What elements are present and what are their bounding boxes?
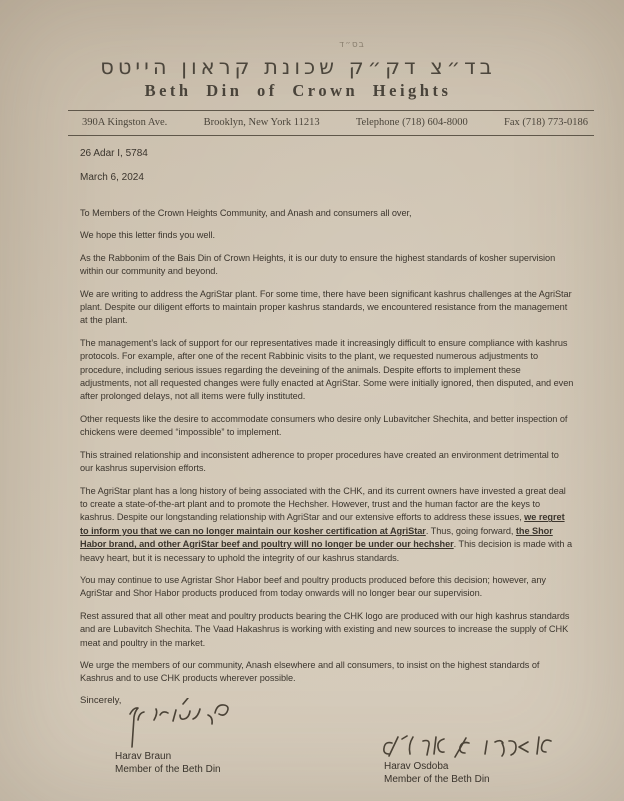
text-run: Rest assured that all other meat and pou… (80, 611, 569, 648)
text-run: This strained relationship and inconsist… (80, 450, 559, 473)
letterhead-contact-bar: 390A Kingston Ave. Brooklyn, New York 11… (68, 110, 594, 136)
paragraph: We urge the members of our community, An… (80, 659, 574, 686)
civil-date: March 6, 2024 (80, 172, 572, 183)
signature-block-braun: Harav Braun Member of the Beth Din (92, 706, 232, 787)
signer-name-osdoba: Harav Osdoba (384, 760, 568, 774)
text-run: Other requests like the desire to accomm… (80, 414, 567, 437)
text-run: We are writing to address the AgriStar p… (80, 289, 572, 326)
hebrew-date: 26 Adar I, 5784 (80, 148, 572, 159)
bsd-hebrew-mark: בס״ד (40, 0, 624, 50)
letterhead-telephone: Telephone (718) 604-8000 (356, 117, 468, 128)
paragraph: This strained relationship and inconsist… (80, 449, 574, 476)
letter-page: בס״ד בד״צ דק״ק שכונת קראון הייטס Beth Di… (0, 0, 624, 801)
letterhead-fax: Fax (718) 773-0186 (504, 117, 588, 128)
signer-name-braun: Harav Braun (115, 750, 232, 764)
paragraph: Rest assured that all other meat and pou… (80, 610, 574, 650)
text-run: You may continue to use Agristar Shor Ha… (80, 575, 546, 598)
text-run: As the Rabbonim of the Bais Din of Crown… (80, 253, 555, 276)
text-run: The AgriStar plant has a long history of… (80, 486, 566, 523)
letterhead-title-english: Beth Din of Crown Heights (0, 81, 610, 101)
text-run: . Thus, going forward, (426, 526, 516, 536)
paragraph: We hope this letter finds you well. (80, 229, 574, 242)
harav-osdoba-signature-icon (368, 734, 554, 760)
paragraph: Other requests like the desire to accomm… (80, 413, 574, 440)
letter-body: To Members of the Crown Heights Communit… (80, 207, 574, 686)
paragraph: The AgriStar plant has a long history of… (80, 485, 574, 565)
signature-block-osdoba: Harav Osdoba Member of the Beth Din (368, 712, 568, 787)
signer-title-braun: Member of the Beth Din (115, 763, 232, 777)
text-run: The management’s lack of support for our… (80, 338, 573, 402)
paragraph: You may continue to use Agristar Shor Ha… (80, 574, 574, 601)
letterhead-city: Brooklyn, New York 11213 (204, 117, 320, 128)
paragraph: We are writing to address the AgriStar p… (80, 288, 574, 328)
text-run: We hope this letter finds you well. (80, 230, 215, 240)
letterhead-address: 390A Kingston Ave. (82, 117, 167, 128)
paragraph: To Members of the Crown Heights Communit… (80, 207, 574, 220)
signer-title-osdoba: Member of the Beth Din (384, 773, 568, 787)
harav-braun-signature-icon (120, 698, 232, 750)
letterhead-title-hebrew: בד״צ דק״ק שכונת קראון הייטס (0, 55, 610, 79)
signature-row: Harav Braun Member of the Beth Din (80, 706, 568, 787)
paragraph: The management’s lack of support for our… (80, 337, 574, 404)
text-run: To Members of the Crown Heights Communit… (80, 208, 412, 218)
text-run: We urge the members of our community, An… (80, 660, 539, 683)
paragraph: As the Rabbonim of the Bais Din of Crown… (80, 252, 574, 279)
date-block: 26 Adar I, 5784 March 6, 2024 (80, 148, 572, 183)
